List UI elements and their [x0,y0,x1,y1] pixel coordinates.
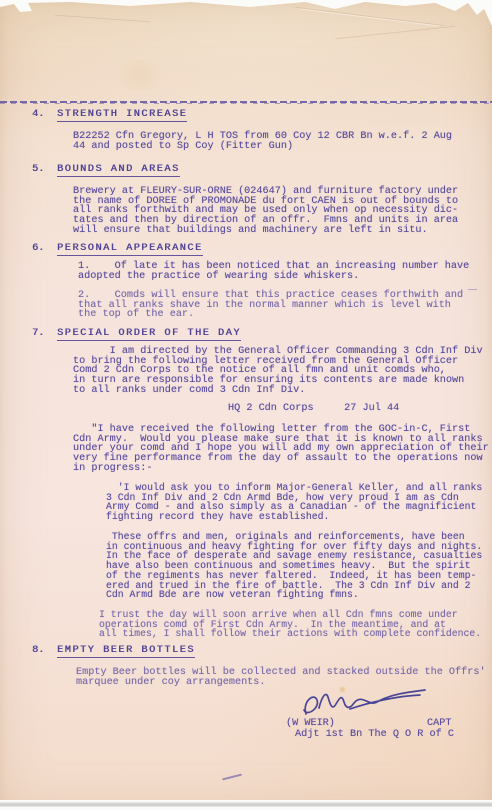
section-7-heading: SPECIAL ORDER OF THE DAY [57,329,241,341]
section-6-item-1: 1. Of late it has been noticed that an i… [78,262,469,281]
section-5-number: 5. [32,165,44,175]
section-6-item-2: 2. Comds will ensure that this practice … [78,291,463,320]
paper-crease [335,26,454,40]
section-4-paragraph: B22252 Cfn Gregory, L H TOS from 60 Coy … [73,132,452,151]
section-7-number: 7. [32,329,44,339]
paper-crease [300,8,439,26]
letter-paragraph-4: I trust the day will soon arrive when al… [99,610,481,639]
scan-edge-shadow [0,802,492,807]
letter-dateline: HQ 2 Cdn Corps 27 Jul 44 [228,404,399,414]
signatory-name: (W WEIR) [286,719,335,729]
signatory-rank: CAPT [427,719,451,729]
section-6-heading: PERSONAL APPEARANCE [57,244,203,256]
pencil-mark [222,774,242,780]
document-page: 4. STRENGTH INCREASE B22252 Cfn Gregory,… [0,0,492,810]
letter-paragraph-3: These offrs and men, originals and reinf… [106,532,482,600]
section-8-number: 8. [32,646,44,656]
section-7-intro-paragraph: I am directed by the General Officer Com… [73,347,483,396]
paper-crease [55,15,150,23]
section-8-heading: EMPTY BEER BOTTLES [57,646,195,658]
section-5-heading: BOUNDS AND AREAS [57,165,180,177]
section-6-number: 6. [32,244,44,254]
typed-divider-rule-echo [0,103,492,104]
section-4-heading: STRENGTH INCREASE [57,110,187,122]
section-5-paragraph: Brewery at FLEURY-SUR-ORNE (024647) and … [73,187,458,236]
letter-paragraph-2: 'I would ask you to inform Major-General… [106,483,482,522]
signatory-title: Adjt 1st Bn The Q O R of C [295,730,454,740]
paper-stain [110,60,170,90]
section-4-number: 4. [32,110,44,120]
letter-paragraph-1: "I have received the following letter fr… [73,425,489,474]
margin-mark [468,289,477,290]
